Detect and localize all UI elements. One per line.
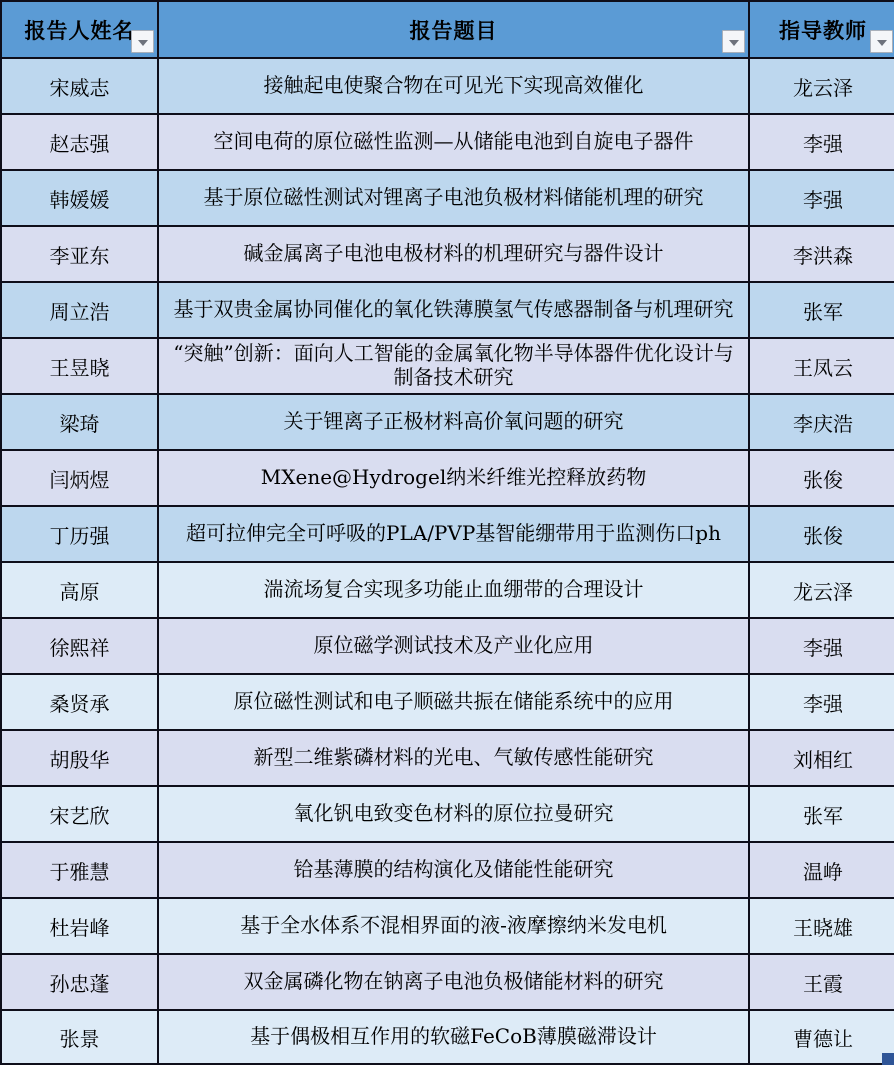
teacher-cell[interactable]: 李洪森 [749,226,894,282]
teacher-cell[interactable]: 张军 [749,786,894,842]
table-row: 周立浩基于双贵金属协同催化的氧化铁薄膜氢气传感器制备与机理研究张军 [2,282,894,338]
teacher-cell[interactable]: 龙云泽 [749,562,894,618]
filter-dropdown-button-teacher[interactable] [870,30,893,53]
table-row: 高原湍流场复合实现多功能止血绷带的合理设计龙云泽 [2,562,894,618]
reporter-name-cell[interactable]: 王昱晓 [2,338,158,394]
reporter-name-cell[interactable]: 韩媛媛 [2,170,158,226]
table-row: 宋艺欣氧化钒电致变色材料的原位拉曼研究张军 [2,786,894,842]
reporter-name-cell[interactable]: 孙忠蓬 [2,954,158,1010]
reporter-name-cell[interactable]: 胡殷华 [2,730,158,786]
teacher-cell[interactable]: 王晓雄 [749,898,894,954]
reporter-name-cell[interactable]: 丁历强 [2,506,158,562]
report-title-cell[interactable]: “突触”创新：面向人工智能的金属氧化物半导体器件优化设计与制备技术研究 [158,338,749,394]
reporter-name-cell[interactable]: 桑贤承 [2,674,158,730]
column-header-label: 指导教师 [779,18,867,43]
table-row: 孙忠蓬双金属磷化物在钠离子电池负极储能材料的研究王霞 [2,954,894,1010]
reporter-name-cell[interactable]: 宋威志 [2,58,158,114]
teacher-cell[interactable]: 龙云泽 [749,58,894,114]
report-title-cell[interactable]: 基于全水体系不混相界面的液-液摩擦纳米发电机 [158,898,749,954]
teacher-cell[interactable]: 张俊 [749,450,894,506]
report-title-cell[interactable]: 新型二维紫磷材料的光电、气敏传感性能研究 [158,730,749,786]
table-row: 张景基于偶极相互作用的软磁FeCoB薄膜磁滞设计曹德让 [2,1010,894,1065]
report-title-cell[interactable]: 基于双贵金属协同催化的氧化铁薄膜氢气传感器制备与机理研究 [158,282,749,338]
teacher-cell[interactable]: 王霞 [749,954,894,1010]
table-row: 李亚东碱金属离子电池电极材料的机理研究与器件设计李洪森 [2,226,894,282]
table-row: 赵志强空间电荷的原位磁性监测—从储能电池到自旋电子器件李强 [2,114,894,170]
report-title-cell[interactable]: 原位磁学测试技术及产业化应用 [158,618,749,674]
spreadsheet-table: 报告人姓名 报告题目 指导教师 [0,0,894,1065]
teacher-cell[interactable]: 王凤云 [749,338,894,394]
report-title-cell[interactable]: 基于原位磁性测试对锂离子电池负极材料储能机理的研究 [158,170,749,226]
report-title-cell[interactable]: 基于偶极相互作用的软磁FeCoB薄膜磁滞设计 [158,1010,749,1065]
table-row: 杜岩峰基于全水体系不混相界面的液-液摩擦纳米发电机王晓雄 [2,898,894,954]
report-title-cell[interactable]: 原位磁性测试和电子顺磁共振在储能系统中的应用 [158,674,749,730]
table-row: 于雅慧铪基薄膜的结构演化及储能性能研究温峥 [2,842,894,898]
teacher-cell[interactable]: 李庆浩 [749,394,894,450]
report-title-cell[interactable]: 空间电荷的原位磁性监测—从储能电池到自旋电子器件 [158,114,749,170]
teacher-cell[interactable]: 张军 [749,282,894,338]
teacher-cell[interactable]: 曹德让 [749,1010,894,1065]
table-row: 梁琦关于锂离子正极材料高价氧问题的研究李庆浩 [2,394,894,450]
table-row: 宋威志接触起电使聚合物在可见光下实现高效催化龙云泽 [2,58,894,114]
report-title-cell[interactable]: 双金属磷化物在钠离子电池负极储能材料的研究 [158,954,749,1010]
filter-dropdown-button-report-title[interactable] [722,30,745,53]
table-row: 王昱晓“突触”创新：面向人工智能的金属氧化物半导体器件优化设计与制备技术研究王凤… [2,338,894,394]
table-row: 丁历强超可拉伸完全可呼吸的PLA/PVP基智能绷带用于监测伤口ph张俊 [2,506,894,562]
reporter-name-cell[interactable]: 李亚东 [2,226,158,282]
reporter-name-cell[interactable]: 高原 [2,562,158,618]
column-header-teacher: 指导教师 [749,2,894,58]
report-title-cell[interactable]: MXene@Hydrogel纳米纤维光控释放药物 [158,450,749,506]
reporter-name-cell[interactable]: 周立浩 [2,282,158,338]
table-row: 胡殷华新型二维紫磷材料的光电、气敏传感性能研究刘相红 [2,730,894,786]
reporter-name-cell[interactable]: 于雅慧 [2,842,158,898]
column-header-reporter-name: 报告人姓名 [2,2,158,58]
reporter-name-cell[interactable]: 梁琦 [2,394,158,450]
reporter-name-cell[interactable]: 张景 [2,1010,158,1065]
teacher-cell[interactable]: 温峥 [749,842,894,898]
report-title-cell[interactable]: 碱金属离子电池电极材料的机理研究与器件设计 [158,226,749,282]
column-header-label: 报告人姓名 [25,18,135,43]
reporter-name-cell[interactable]: 徐熙祥 [2,618,158,674]
teacher-cell[interactable]: 李强 [749,674,894,730]
table-row: 桑贤承原位磁性测试和电子顺磁共振在储能系统中的应用李强 [2,674,894,730]
reporter-name-cell[interactable]: 杜岩峰 [2,898,158,954]
chevron-down-icon [729,40,739,46]
report-title-cell[interactable]: 氧化钒电致变色材料的原位拉曼研究 [158,786,749,842]
teacher-cell[interactable]: 李强 [749,170,894,226]
reporter-name-cell[interactable]: 宋艺欣 [2,786,158,842]
teacher-cell[interactable]: 张俊 [749,506,894,562]
teacher-cell[interactable]: 刘相红 [749,730,894,786]
column-header-report-title: 报告题目 [158,2,749,58]
report-title-cell[interactable]: 湍流场复合实现多功能止血绷带的合理设计 [158,562,749,618]
report-title-cell[interactable]: 关于锂离子正极材料高价氧问题的研究 [158,394,749,450]
teacher-cell[interactable]: 李强 [749,114,894,170]
report-title-cell[interactable]: 超可拉伸完全可呼吸的PLA/PVP基智能绷带用于监测伤口ph [158,506,749,562]
selection-fill-handle[interactable] [882,1053,894,1065]
column-header-label: 报告题目 [410,18,498,43]
table-row: 闫炳煜MXene@Hydrogel纳米纤维光控释放药物张俊 [2,450,894,506]
filter-dropdown-button-reporter-name[interactable] [131,30,154,53]
report-title-cell[interactable]: 铪基薄膜的结构演化及储能性能研究 [158,842,749,898]
chevron-down-icon [877,40,887,46]
chevron-down-icon [138,40,148,46]
table-row: 韩媛媛基于原位磁性测试对锂离子电池负极材料储能机理的研究李强 [2,170,894,226]
teacher-cell[interactable]: 李强 [749,618,894,674]
table-row: 徐熙祥原位磁学测试技术及产业化应用李强 [2,618,894,674]
reporter-name-cell[interactable]: 赵志强 [2,114,158,170]
header-row: 报告人姓名 报告题目 指导教师 [2,2,894,58]
reporter-name-cell[interactable]: 闫炳煜 [2,450,158,506]
report-title-cell[interactable]: 接触起电使聚合物在可见光下实现高效催化 [158,58,749,114]
report-schedule-table: 报告人姓名 报告题目 指导教师 [2,2,894,1065]
